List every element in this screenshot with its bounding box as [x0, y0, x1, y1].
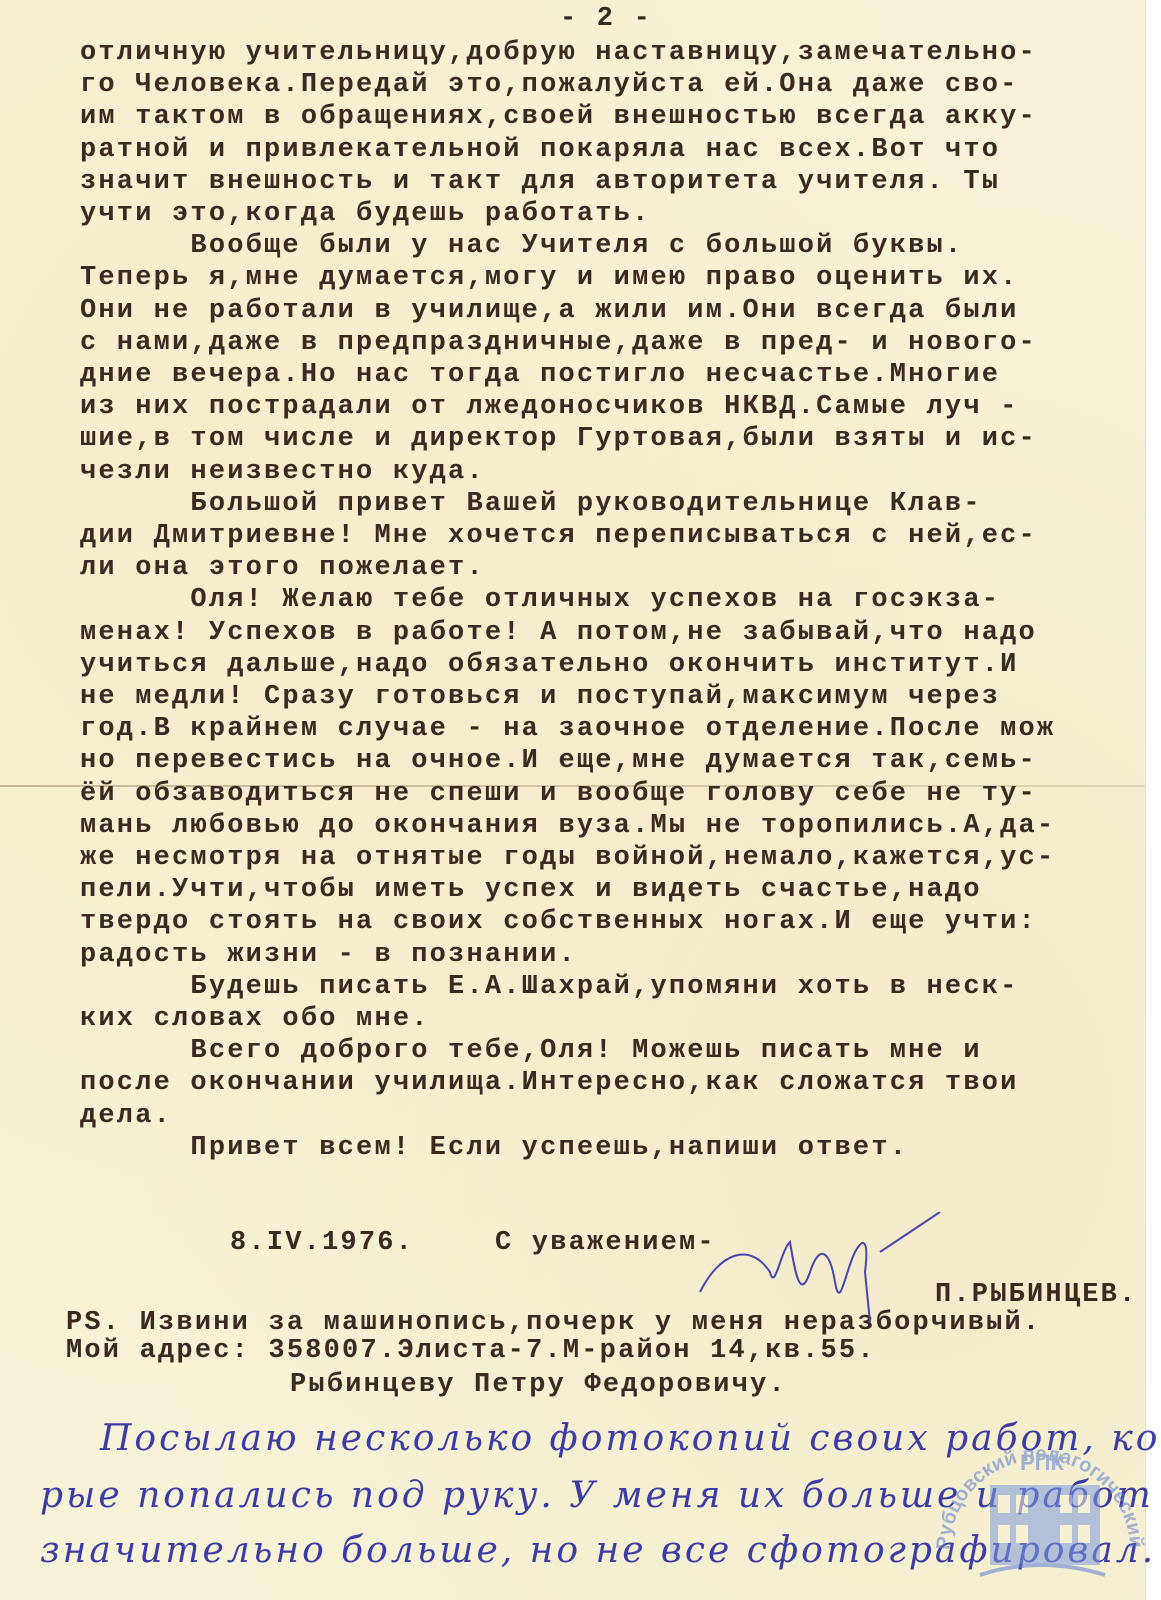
typed-line: ких словах обо мне.	[80, 1004, 430, 1034]
typed-line: пели.Учти,чтобы иметь успех и видеть сча…	[80, 875, 982, 905]
typed-line: менах! Успехов в работе! А потом,не забы…	[80, 618, 1037, 648]
typed-line: но перевестись на очное.И еще,мне думает…	[80, 746, 1037, 776]
typed-line: радость жизни - в познании.	[80, 940, 577, 970]
typed-line: Большой привет Вашей руководительнице Кл…	[80, 489, 982, 519]
typed-line: отличную учительницу,добрую наставницу,з…	[80, 38, 1037, 68]
letter-date: 8.IV.1976.	[230, 1228, 414, 1258]
typed-line: Привет всем! Если успеешь,напиши ответ.	[80, 1133, 908, 1163]
stamp-abbr: РПК	[1020, 1450, 1064, 1475]
typed-line: же несмотря на отнятые годы войной,немал…	[80, 843, 1055, 873]
typed-line: чезли неизвестно куда.	[80, 457, 485, 487]
typed-line: дние вечера.Но нас тогда постигло несчас…	[80, 360, 1000, 390]
typed-line: с нами,даже в предпраздничные,даже в пре…	[80, 328, 1037, 358]
typed-line: дии Дмитриевне! Мне хочется переписывать…	[80, 521, 1037, 551]
addressee: Рыбинцеву Петру Федоровичу.	[290, 1370, 787, 1400]
typed-line: Теперь я,мне думается,могу и имею право …	[80, 263, 1019, 293]
address-line: Мой адрес: 358007.Элиста-7.М-район 14,кв…	[66, 1336, 876, 1366]
typed-line: значит внешность и такт для авторитета у…	[80, 167, 1000, 197]
typed-line: ёй обзаводиться не спеши и вообще голову…	[80, 779, 1037, 809]
typed-line: Всего доброго тебе,Оля! Можешь писать мн…	[80, 1036, 982, 1066]
typed-line: ратной и привлекательной покаряла нас вс…	[80, 135, 1000, 165]
typed-line: Будешь писать Е.А.Шахрай,упомяни хоть в …	[80, 972, 1019, 1002]
typed-line: Оля! Желаю тебе отличных успехов на госэ…	[80, 585, 1000, 615]
letter-page: - 2 - отличную учительницу,добрую настав…	[0, 0, 1146, 1600]
typed-line: им тактом в обращениях,своей внешностью …	[80, 102, 1037, 132]
signature-name: П.РЫБИНЦЕВ.	[935, 1280, 1137, 1310]
typed-line: мань любовью до окончания вуза.Мы не тор…	[80, 811, 1055, 841]
typed-line: не медли! Сразу готовься и поступай,макс…	[80, 682, 1000, 712]
typed-line: Они не работали в училище,а жили им.Они …	[80, 296, 1019, 326]
typed-line: шие,в том числе и директор Гуртовая,были…	[80, 424, 1037, 454]
typed-line: учти это,когда будешь работать.	[80, 199, 650, 229]
typed-line: из них пострадали от лжедоносчиков НКВД.…	[80, 392, 1019, 422]
typed-line: твердо стоять на своих собственных ногах…	[80, 907, 1037, 937]
typed-line: Вообще были у нас Учителя с большой букв…	[80, 231, 963, 261]
handwritten-signature	[680, 1212, 960, 1332]
typed-line: год.В крайнем случае - на заочное отделе…	[80, 714, 1055, 744]
typed-line: учиться дальше,надо обязательно окончить…	[80, 650, 1019, 680]
typed-line: го Человека.Передай это,пожалуйста ей.Он…	[80, 70, 1019, 100]
typed-line: дела.	[80, 1101, 172, 1131]
page-number: - 2 -	[560, 4, 652, 34]
typed-line: после окончании училища.Интересно,как сл…	[80, 1068, 1019, 1098]
typed-line: ли она этого пожелает.	[80, 553, 485, 583]
college-stamp-watermark: Рубцовский педагогический колледж РПК	[920, 1400, 1150, 1600]
